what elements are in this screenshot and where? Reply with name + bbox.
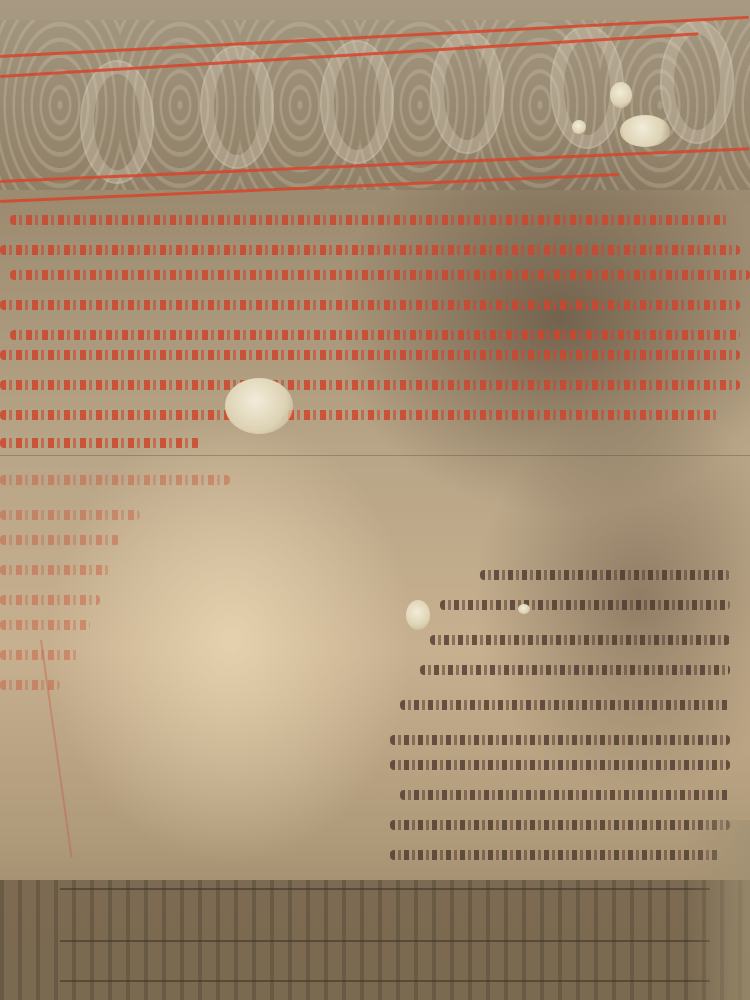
faded-script-line — [0, 595, 100, 605]
bottom-border-rule-bottom — [60, 980, 710, 982]
fold-crease — [0, 455, 750, 456]
wax-spot — [572, 120, 586, 134]
faded-script-line — [0, 650, 80, 660]
red-script-line — [0, 245, 740, 255]
dark-script-line — [400, 790, 730, 800]
faded-script-line — [0, 510, 140, 520]
dark-script-line — [480, 570, 730, 580]
wax-spot — [620, 115, 670, 147]
faded-script-line — [0, 535, 120, 545]
red-script-line — [10, 330, 740, 340]
medallion-ornament — [660, 20, 734, 144]
dark-script-line — [430, 635, 730, 645]
wax-spot — [518, 604, 530, 614]
medallion-ornament — [320, 40, 394, 164]
dark-script-line — [390, 820, 730, 830]
wax-spot — [610, 82, 632, 108]
faded-script-line — [0, 680, 60, 690]
page-edge — [690, 820, 750, 1000]
dark-script-line — [390, 735, 730, 745]
faded-script-line — [0, 565, 110, 575]
medallion-ornament — [80, 60, 154, 184]
bottom-ornament-border — [0, 880, 750, 1000]
left-margin-rule — [40, 640, 73, 858]
wax-spot — [406, 600, 430, 630]
faded-script-line — [0, 620, 90, 630]
wax-spot — [225, 378, 293, 434]
dark-script-line — [390, 850, 720, 860]
bottom-border-rule-top — [60, 888, 710, 890]
dark-script-line — [390, 760, 730, 770]
faded-script-line — [0, 475, 230, 485]
dark-script-line — [400, 700, 730, 710]
red-script-line — [0, 380, 740, 390]
red-script-line — [0, 410, 720, 420]
red-script-line — [0, 350, 740, 360]
red-script-line — [10, 215, 730, 225]
bottom-border-rule-mid — [60, 940, 710, 942]
red-script-line — [0, 438, 200, 448]
red-script-line — [0, 300, 740, 310]
red-script-line — [10, 270, 750, 280]
dark-script-line — [420, 665, 730, 675]
manuscript-photo — [0, 0, 750, 1000]
dark-script-line — [440, 600, 730, 610]
